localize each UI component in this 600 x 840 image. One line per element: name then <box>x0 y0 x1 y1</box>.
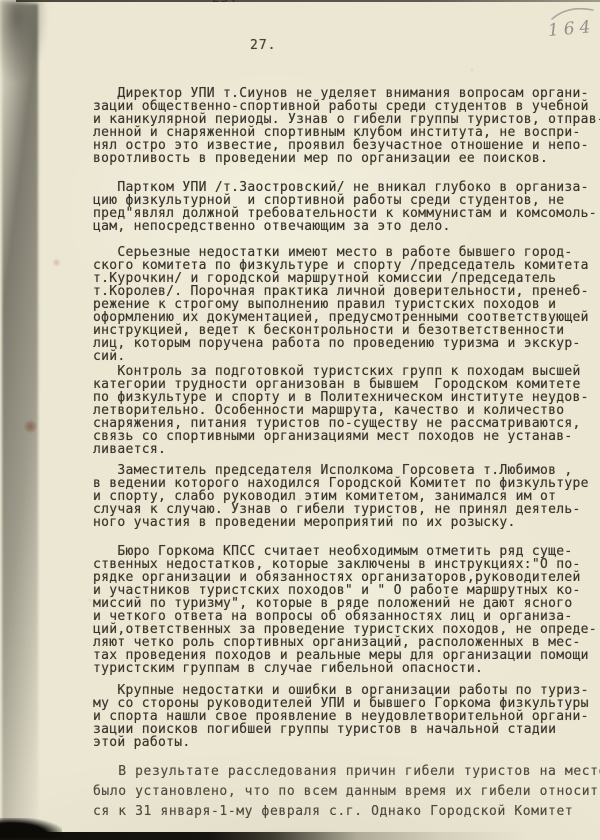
paragraph-deputy-chairman-lyubimov: Заместитель председателя Исполкома Горсо… <box>93 464 589 529</box>
scan-left-shadow <box>2 4 38 840</box>
paragraph-bureau-gorkom-kpss: Бюро Горкома КПСС считает необходимым от… <box>93 545 597 675</box>
scan-left-shadow-top <box>0 0 46 80</box>
scan-top-edge <box>16 0 600 2</box>
handwritten-folio-number: 164 <box>547 19 596 40</box>
paragraph-investigation-result: В результате расследования причин гибели… <box>93 762 600 822</box>
paragraph-director-siunov: Директор УПИ т.Сиунов не уделяет внимани… <box>93 87 600 165</box>
scanned-document-page: 25. 27. 164 Директор УПИ т.Сиунов не уде… <box>0 0 600 840</box>
paragraph-partkom-upi: Партком УПИ /т.Заостровский/ не вникал г… <box>93 181 597 233</box>
paragraph-city-committee-shortcomings: Серьезные недостатки имеют место в работ… <box>93 246 589 363</box>
scan-bottom-edge <box>0 832 525 840</box>
paragraph-control-of-groups: Контроль за подготовкой туристских групп… <box>93 365 589 456</box>
page-number: 27. <box>250 39 276 52</box>
scan-bottom-left-corner <box>0 818 62 838</box>
pink-stain <box>52 258 61 267</box>
paragraph-major-shortcomings: Крупные недостатки и ошибки в организаци… <box>93 684 589 749</box>
